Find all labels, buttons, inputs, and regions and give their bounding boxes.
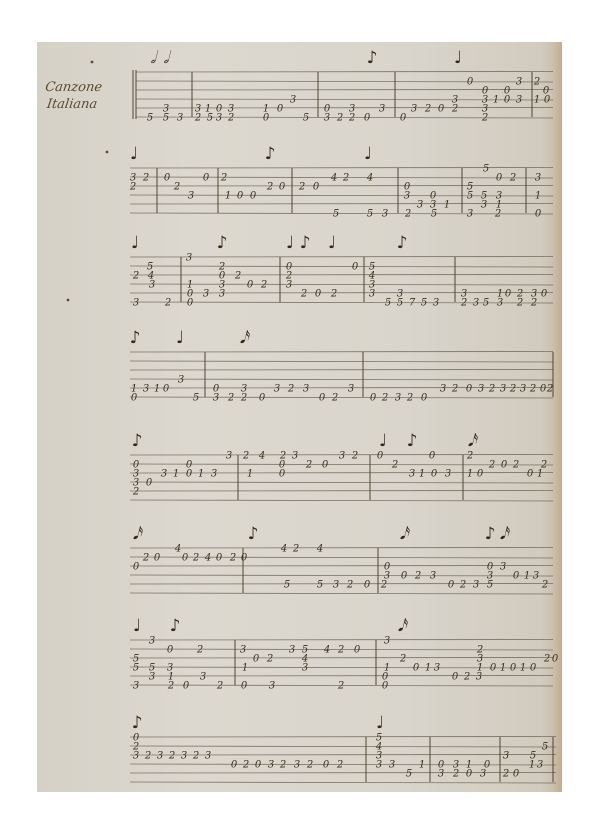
tab-fret-number: 3	[292, 451, 298, 462]
tab-fret-number: 2	[220, 173, 227, 184]
tab-fret-number: 5	[483, 298, 489, 309]
tab-fret-number: 2	[330, 289, 337, 300]
tab-fret-number: 5	[333, 209, 339, 220]
tab-fret-number: 2	[266, 654, 273, 665]
tab-fret-number: 2	[144, 751, 151, 762]
tab-fret-number: 0	[504, 95, 511, 106]
tab-fret-number: 3	[143, 384, 149, 395]
tab-fret-number: 5	[317, 580, 323, 591]
tab-fret-number: 3	[537, 760, 543, 771]
tab-fret-number: 3	[535, 173, 541, 184]
staff-line	[130, 379, 553, 380]
staff-line	[130, 500, 553, 501]
staff-line	[130, 746, 556, 747]
tab-fret-number: 2	[192, 553, 199, 564]
tab-fret-number: 2	[132, 271, 139, 282]
tab-fret-number: 0	[154, 553, 161, 564]
tab-fret-number: 0	[133, 562, 140, 573]
tab-fret-number: 2	[168, 751, 175, 762]
staff-line	[130, 773, 556, 774]
tab-fret-number: 0	[146, 478, 153, 489]
tab-fret-number: 0	[253, 654, 260, 665]
tab-fret-number: 2	[399, 654, 406, 665]
staff-line	[130, 676, 553, 677]
tab-fret-number: 0	[164, 173, 171, 184]
tab-fret-number: 2	[516, 298, 523, 309]
tab-fret-number: 2	[227, 113, 234, 124]
tab-fret-number: 2	[502, 769, 509, 780]
tab-fret-number: 4	[280, 544, 287, 555]
tab-fret-number: 0	[466, 384, 473, 395]
tab-fret-number: 5	[163, 113, 169, 124]
tab-fret-number: 2	[452, 769, 459, 780]
tab-fret-number: 2	[287, 384, 294, 395]
tab-fret-number: 0	[452, 672, 459, 683]
tab-fret-number: 3	[324, 113, 330, 124]
tab-fret-number: 2	[260, 280, 267, 291]
staff-line	[136, 81, 553, 82]
tab-fret-number: 1	[247, 469, 253, 480]
tab-fret-number: 5	[133, 663, 139, 674]
rhythm-flag-icon: ♪	[170, 616, 181, 636]
tab-fret-number: 3	[369, 289, 375, 300]
staff-line	[130, 491, 553, 492]
tab-fret-number: 0	[364, 113, 371, 124]
tab-fret-number: 3	[219, 289, 225, 300]
tab-fret-number: 3	[438, 769, 444, 780]
tab-fret-number: 3	[404, 191, 410, 202]
tab-fret-number: 2	[142, 173, 149, 184]
tab-fret-number: 5	[193, 393, 199, 404]
tab-fret-number: 3	[520, 384, 526, 395]
tab-fret-number: 3	[430, 571, 436, 582]
rhythm-flag-icon: ♪	[300, 233, 311, 253]
tab-fret-number: 3	[481, 200, 487, 211]
tab-fret-number: 2	[546, 384, 553, 395]
tab-fret-number: 3	[269, 681, 275, 692]
tab-fret-number: 4	[204, 553, 211, 564]
tab-fret-number: 3	[290, 95, 296, 106]
staff-line	[130, 782, 556, 783]
tab-fret-number: 3	[497, 298, 503, 309]
tab-fret-number: 3	[149, 672, 155, 683]
tab-fret-number: 0	[241, 553, 248, 564]
tab-fret-number: 3	[503, 751, 509, 762]
tab-fret-number: 0	[167, 645, 174, 656]
staff-line	[130, 548, 553, 549]
tab-fret-number: 3	[286, 280, 292, 291]
tab-fret-number: 3	[445, 469, 451, 480]
tab-fret-number: 5	[467, 191, 473, 202]
tab-fret-number: 2	[167, 681, 174, 692]
ink-speck	[91, 61, 94, 64]
tab-fret-number: 3	[216, 113, 222, 124]
tab-fret-number: 2	[529, 384, 536, 395]
staff-line	[130, 177, 553, 178]
tab-fret-number: 0	[544, 95, 551, 106]
tab-fret-number: 0	[466, 769, 473, 780]
rhythm-flag-icon: ♪	[132, 713, 143, 733]
tab-fret-number: 3	[274, 384, 280, 395]
tab-fret-number: 0	[319, 393, 326, 404]
staff-line	[130, 737, 556, 738]
tab-fret-number: 3	[440, 384, 446, 395]
tab-fret-number: 2	[336, 113, 343, 124]
tab-fret-number: 1	[529, 760, 535, 771]
tab-fret-number: 0	[438, 104, 445, 115]
tab-fret-number: 3	[240, 645, 246, 656]
tab-fret-number: 1	[467, 469, 473, 480]
tab-fret-number: 3	[433, 298, 439, 309]
tab-fret-number: 0	[279, 469, 286, 480]
rhythm-flag-icon: 𝅘𝅥𝅯	[500, 524, 510, 544]
tab-fret-number: 2	[305, 460, 312, 471]
tab-fret-number: 2	[129, 182, 136, 193]
rhythm-flag-icon: ♪	[367, 48, 378, 68]
tab-fret-number: 2	[512, 460, 519, 471]
tab-fret-number: 3	[379, 104, 385, 115]
tab-fret-number: 0	[241, 681, 248, 692]
tab-fret-number: 0	[535, 209, 542, 220]
tablature-system: 𝅘𝅥𝅯♪𝅘𝅥𝅯♪𝅘𝅥𝅯42002402004245532003202302303…	[130, 524, 553, 594]
tablature-system: ♩♪♩♪♩♪5243323202130203300232020543335575…	[130, 233, 553, 309]
tab-fret-number: 1	[535, 191, 541, 202]
tab-fret-number: 0	[131, 393, 138, 404]
tab-fret-number: 0	[315, 289, 322, 300]
tab-fret-number: 3	[203, 289, 209, 300]
tab-fret-number: 0	[364, 580, 371, 591]
rhythm-flag-icon: ♩	[133, 616, 141, 636]
tab-fret-number: 5	[207, 113, 213, 124]
tablature-system: ♪♩02323232302032320254333510310320332051…	[130, 713, 556, 783]
tab-fret-number: 3	[473, 298, 479, 309]
tab-fret-number: 0	[186, 469, 193, 480]
tab-fret-number: 3	[268, 760, 274, 771]
ink-speck	[106, 151, 109, 154]
tab-fret-number: 1	[524, 571, 530, 582]
tab-fret-number: 3	[294, 760, 300, 771]
rhythm-flag-icon: ♪	[217, 233, 228, 253]
rhythm-flag-icon: ♪	[407, 431, 418, 451]
staff-line	[130, 482, 553, 483]
staff-line	[130, 213, 553, 214]
tab-fret-number: 2	[173, 182, 180, 193]
tab-fret-number: 2	[348, 113, 355, 124]
tab-fret-number: 1	[534, 95, 540, 106]
rhythm-flag-icon: ♩	[131, 233, 139, 253]
tab-fret-number: 2	[451, 104, 458, 115]
tab-fret-number: 3	[133, 751, 139, 762]
tab-fret-number: 2	[533, 77, 540, 88]
tab-fret-number: 2	[460, 298, 467, 309]
tab-fret-number: 0	[203, 173, 210, 184]
tab-fret-number: 2	[227, 393, 234, 404]
tab-fret-number: 3	[339, 451, 345, 462]
staff-line	[130, 284, 553, 285]
tab-fret-number: 5	[303, 113, 309, 124]
tab-fret-number: 2	[240, 393, 247, 404]
tab-fret-number: 3	[348, 384, 354, 395]
tab-fret-number: 4	[174, 544, 181, 555]
tab-fret-number: 0	[279, 182, 286, 193]
tab-fret-number: 2	[192, 751, 199, 762]
tab-fret-number: 3	[417, 200, 423, 211]
tab-fret-number: 2	[266, 182, 273, 193]
tab-fret-number: 0	[530, 663, 537, 674]
tab-fret-number: 0	[552, 654, 559, 665]
rhythm-flag-icon: ♩	[454, 48, 462, 68]
tab-fret-number: 4	[323, 645, 330, 656]
rhythm-flag-icon: ♪	[130, 328, 141, 348]
rhythm-flag-icon: ♩	[176, 328, 184, 348]
staff-line	[130, 361, 553, 362]
tab-fret-number: 3	[186, 253, 192, 264]
tab-fret-number: 3	[395, 393, 401, 404]
tab-fret-number: 2	[543, 654, 550, 665]
tab-fret-number: 0	[352, 262, 359, 273]
tab-fret-number: 1	[500, 663, 506, 674]
tab-fret-number: 2	[459, 580, 466, 591]
tab-fret-number: 2	[132, 487, 139, 498]
tab-fret-number: 0	[513, 571, 520, 582]
tab-fret-number: 0	[421, 393, 428, 404]
tab-fret-number: 2	[298, 182, 305, 193]
tab-fret-number: 3	[149, 636, 155, 647]
tab-fret-number: 3	[133, 298, 139, 309]
tab-fret-number: 2	[494, 209, 501, 220]
rhythm-flag-icon: ♩	[130, 144, 138, 164]
tab-fret-number: 2	[488, 460, 495, 471]
tab-fret-number: 0	[237, 191, 244, 202]
tab-fret-number: 2	[331, 393, 338, 404]
tab-fret-number: 0	[429, 451, 436, 462]
tab-fret-number: 5	[406, 769, 412, 780]
tab-fret-number: 0	[187, 298, 194, 309]
tab-fret-number: 5	[367, 209, 373, 220]
tab-fret-number: 2	[342, 173, 349, 184]
staff-line	[130, 640, 553, 641]
tab-fret-number: 2	[391, 460, 398, 471]
tab-fret-number: 3	[333, 580, 339, 591]
tab-fret-number: 2	[406, 393, 413, 404]
tab-fret-number: 0	[255, 760, 262, 771]
tab-fret-number: 0	[527, 469, 534, 480]
tab-fret-number: 0	[323, 760, 330, 771]
tab-fret-number: 0	[505, 289, 512, 300]
tab-fret-number: 3	[382, 209, 388, 220]
tablature-system: 𝅗𝅥𝅗𝅥♪♩5353321503321003503232030320320033…	[133, 48, 553, 124]
staff-line	[130, 275, 553, 276]
tab-fret-number: 7	[409, 298, 416, 309]
tab-fret-number: 3	[411, 104, 417, 115]
tab-fret-number: 3	[516, 77, 522, 88]
staff-line	[136, 72, 553, 73]
rhythm-flag-icon: 𝅘𝅥𝅯	[398, 616, 408, 636]
tab-fret-number: 3	[213, 393, 219, 404]
tablature-system: ♩♪♩3220230210020204245530323031555550331…	[129, 144, 553, 220]
tab-fret-number: 3	[188, 191, 194, 202]
tab-fret-number: 0	[259, 393, 266, 404]
tab-fret-number: 0	[496, 173, 503, 184]
tab-fret-number: 2	[466, 451, 473, 462]
tab-fret-number: 0	[313, 182, 320, 193]
rhythm-flag-icon: ♩	[364, 144, 372, 164]
tab-fret-number: 0	[322, 460, 329, 471]
tab-fret-number: 0	[541, 289, 548, 300]
rhythm-flag-icon: 𝅗𝅥	[163, 48, 171, 68]
tab-fret-number: 2	[337, 681, 344, 692]
staff-line	[136, 90, 553, 91]
tab-fret-number: 2	[242, 760, 249, 771]
tab-fret-number: 2	[509, 173, 516, 184]
tab-fret-number: 3	[389, 760, 395, 771]
tab-fret-number: 3	[478, 384, 484, 395]
tablature-system: ♪♩♪𝅘𝅥𝅯3033023100132412300203202031032202…	[130, 431, 553, 501]
tab-fret-number: 3	[409, 469, 415, 480]
rhythm-flag-icon: 𝅘𝅥𝅯	[133, 524, 143, 544]
staff-line	[130, 302, 553, 303]
rhythm-flag-icon: ♩	[379, 431, 387, 451]
tab-fret-number: 3	[178, 375, 184, 386]
tab-fret-number: 4	[258, 451, 265, 462]
tab-fret-number: 0	[182, 553, 189, 564]
tab-fret-number: 1	[425, 663, 431, 674]
tab-fret-number: 2	[292, 544, 299, 555]
tab-fret-number: 0	[510, 663, 517, 674]
tab-fret-number: 3	[516, 95, 522, 106]
tablature-score: 𝅗𝅥𝅗𝅥♪♩5353321503321003503232030320320033…	[0, 0, 610, 834]
tab-fret-number: 3	[500, 562, 506, 573]
tab-fret-number: 2	[414, 571, 421, 582]
rhythm-flag-icon: 𝅗𝅥	[150, 48, 158, 68]
staff-line	[130, 370, 553, 371]
tab-fret-number: 0	[370, 393, 377, 404]
tab-fret-number: 5	[397, 298, 403, 309]
tab-fret-number: 1	[198, 469, 204, 480]
staff-line	[130, 352, 553, 353]
tab-fret-number: 1	[477, 663, 483, 674]
tab-fret-number: 3	[302, 663, 308, 674]
rhythm-flag-icon: ♪	[248, 524, 259, 544]
tab-fret-number: 5	[284, 580, 290, 591]
staff-line	[130, 186, 553, 187]
tab-fret-number: 0	[382, 681, 389, 692]
rhythm-flag-icon: 𝅘𝅥𝅯	[240, 328, 250, 348]
tab-fret-number: 2	[463, 672, 470, 683]
tab-fret-number: 0	[401, 571, 408, 582]
tab-fret-number: 2	[164, 298, 171, 309]
tab-fret-number: 1	[154, 384, 160, 395]
tab-fret-number: 0	[490, 663, 497, 674]
tab-fret-number: 3	[289, 645, 295, 656]
tab-fret-number: 0	[413, 663, 420, 674]
tab-fret-number: 4	[366, 173, 373, 184]
staff-line	[130, 266, 553, 267]
tab-fret-number: 3	[480, 769, 486, 780]
staff-line	[130, 204, 553, 205]
tab-fret-number: 5	[385, 298, 391, 309]
tab-fret-number: 3	[376, 760, 382, 771]
tab-fret-number: 2	[300, 289, 307, 300]
tab-fret-number: 2	[530, 298, 537, 309]
tab-fret-number: 4	[330, 173, 337, 184]
tab-fret-number: 2	[279, 760, 286, 771]
tab-fret-number: 1	[537, 469, 543, 480]
rhythm-flag-icon: 𝅘𝅥𝅯	[468, 431, 478, 451]
tab-fret-number: 1	[493, 95, 499, 106]
tab-fret-number: 2	[488, 384, 495, 395]
tab-fret-number: 2	[381, 393, 388, 404]
tab-fret-number: 3	[200, 672, 206, 683]
tab-fret-number: 2	[196, 645, 203, 656]
tab-fret-number: 2	[451, 384, 458, 395]
tab-fret-number: 0	[250, 191, 257, 202]
tab-fret-number: 5	[487, 580, 493, 591]
rhythm-flag-icon: ♪	[485, 524, 496, 544]
tab-fret-number: 2	[306, 760, 313, 771]
tab-fret-number: 3	[157, 751, 163, 762]
tab-fret-number: 3	[211, 469, 217, 480]
tablature-system: ♩♪𝅘𝅥𝅯30255533133202302354342010323210130…	[130, 616, 559, 692]
tab-fret-number: 2	[424, 104, 431, 115]
tab-fret-number: 0	[263, 113, 270, 124]
tab-fret-number: 3	[161, 469, 167, 480]
tab-fret-number: 5	[542, 742, 548, 753]
tab-fret-number: 2	[234, 271, 241, 282]
tab-fret-number: 0	[400, 113, 407, 124]
rhythm-flag-icon: 𝅘𝅥𝅯	[400, 524, 410, 544]
tab-fret-number: 0	[513, 769, 520, 780]
tab-fret-number: 5	[421, 298, 427, 309]
tab-fret-number: 2	[346, 580, 353, 591]
tab-fret-number: 2	[194, 113, 201, 124]
tab-fret-number: 0	[354, 645, 361, 656]
tab-fret-number: 3	[467, 209, 473, 220]
tab-fret-number: 2	[242, 451, 249, 462]
tab-fret-number: 0	[216, 553, 223, 564]
staff-line	[130, 593, 553, 594]
tab-fret-number: 4	[316, 544, 323, 555]
tab-fret-number: 3	[533, 571, 539, 582]
tab-fret-number: 5	[483, 164, 489, 175]
staff-line	[130, 257, 553, 258]
tab-fret-number: 2	[380, 580, 387, 591]
rhythm-flag-icon: ♩	[376, 713, 384, 733]
rhythm-flag-icon: ♩	[328, 233, 336, 253]
tab-fret-number: 3	[205, 751, 211, 762]
tab-fret-number: 0	[540, 384, 547, 395]
tab-fret-number: 3	[384, 636, 390, 647]
tab-fret-number: 3	[226, 451, 232, 462]
tab-fret-number: 0	[231, 760, 238, 771]
rhythm-flag-icon: ♪	[397, 233, 408, 253]
tab-fret-number: 2	[336, 760, 343, 771]
tab-fret-number: 2	[142, 553, 149, 564]
tab-fret-number: 3	[434, 663, 440, 674]
tab-fret-number: 1	[444, 200, 450, 211]
tab-fret-number: 2	[351, 451, 358, 462]
tab-fret-number: 3	[473, 580, 479, 591]
staff-line	[130, 168, 553, 169]
tab-fret-number: 1	[520, 663, 526, 674]
tab-fret-number: 0	[247, 280, 254, 291]
tablature-system: ♪♩𝅘𝅥𝅯13103050332203230230232032032323202	[130, 328, 554, 404]
staff-line	[130, 293, 553, 294]
tab-fret-number: 1	[419, 760, 425, 771]
tab-fret-number: 0	[183, 681, 190, 692]
tab-fret-number: 1	[225, 191, 231, 202]
tab-fret-number: 2	[337, 645, 344, 656]
